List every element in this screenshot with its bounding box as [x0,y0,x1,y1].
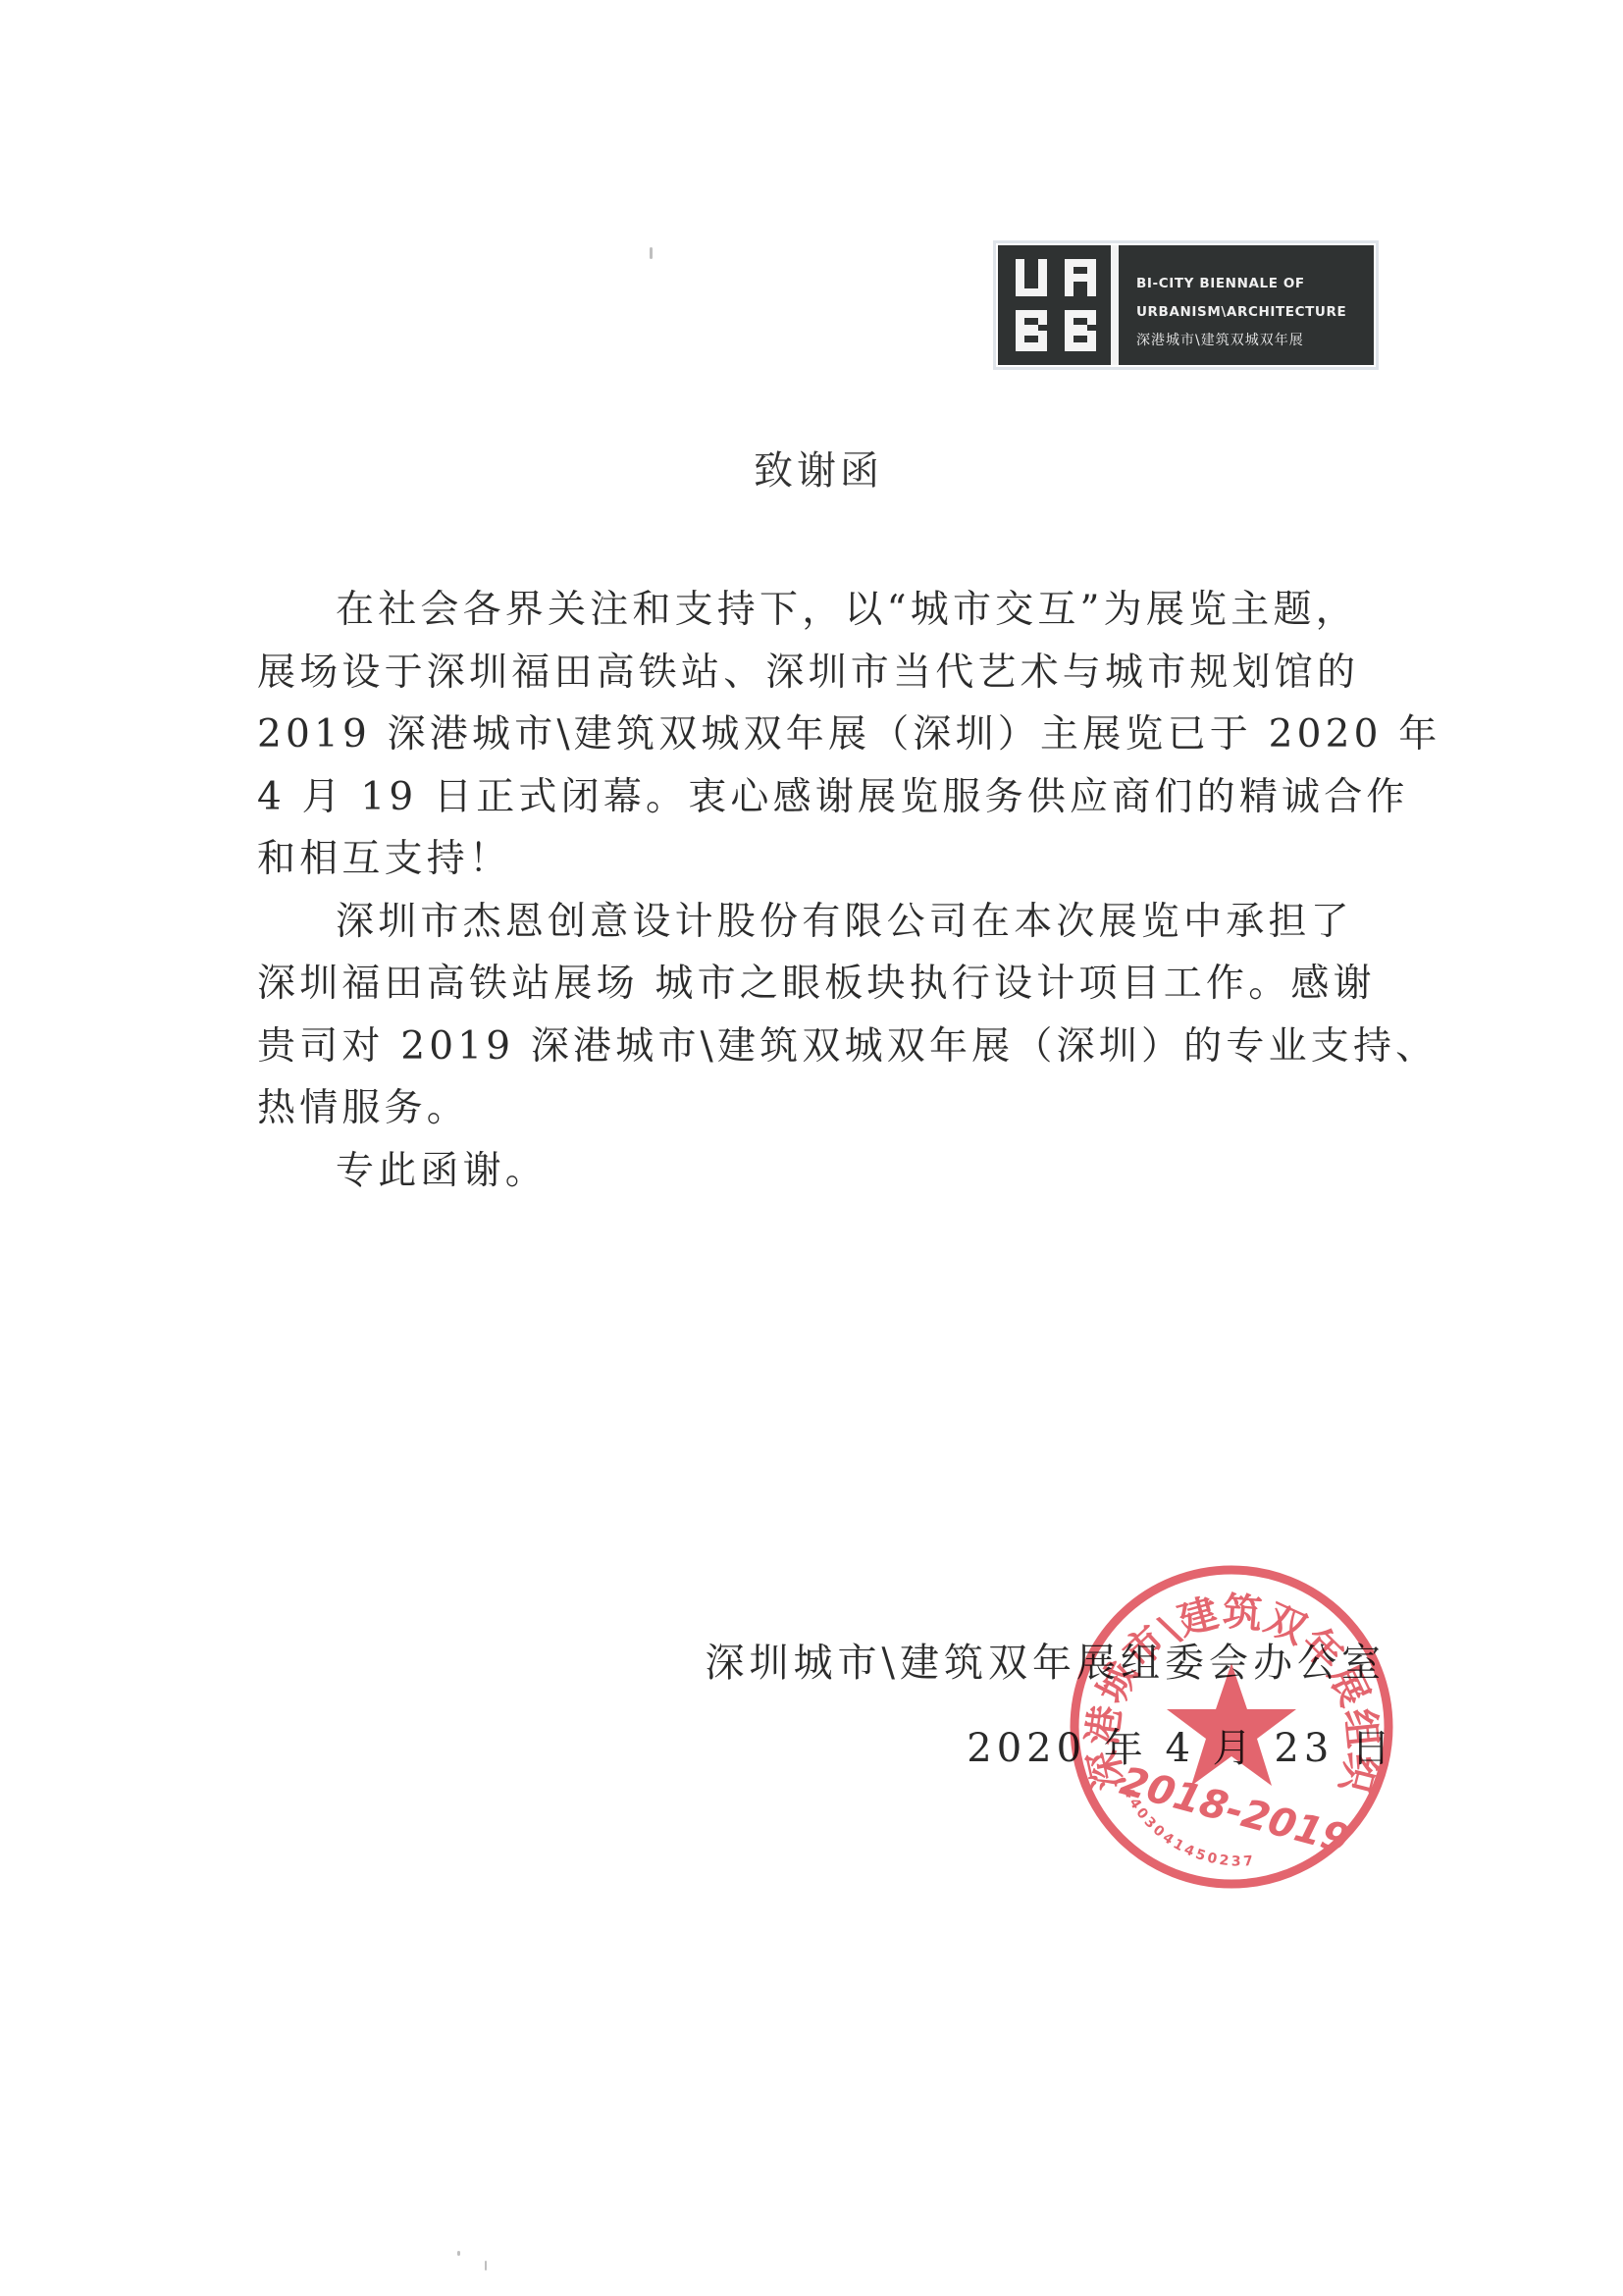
logo-divider [1111,245,1119,365]
letter-title: 致谢函 [0,440,1623,496]
logo-text: BI-CITY BIENNALE OF URBANISM\ARCHITECTUR… [1119,245,1374,365]
seal-outer-text: 深港城市\建筑双年展组织委员会 [1065,1560,1385,1799]
paragraph-line: 2019 深港城市\建筑双城双年展（深圳）主展览已于 2020 年 [257,704,1395,766]
paragraph-line: 深圳福田高铁站展场 城市之眼板块执行设计项目工作。感谢 [257,953,1395,1016]
letter-body: 在社会各界关注和支持下，以“城市交互”为展览主题， 展场设于深圳福田高铁站、深圳… [257,579,1395,1202]
paragraph-line: 和相互支持！ [257,828,1395,891]
paragraph-line: 热情服务。 [257,1077,1395,1140]
uabb-logo-mark [998,245,1111,365]
logo-line-3: 深港城市\建筑双城双年展 [1136,327,1374,355]
letter-page: BI-CITY BIENNALE OF URBANISM\ARCHITECTUR… [0,0,1623,2296]
closing-line: 专此函谢。 [257,1140,1395,1203]
scan-artifact [457,2251,460,2256]
paragraph-line: 4 月 19 日正式闭幕。衷心感谢展览服务供应商们的精诚合作 [257,766,1395,829]
seal-year-text: 2018-2019 [1116,1758,1354,1862]
paragraph-line: 展场设于深圳福田高铁站、深圳市当代艺术与城市规划馆的 [257,642,1395,704]
logo-line-1: BI-CITY BIENNALE OF [1136,270,1374,298]
closing-paragraph: 专此函谢。 [257,1140,1395,1203]
paragraph-line: 贵司对 2019 深港城市\建筑双城双年展（深圳）的专业支持、 [257,1016,1395,1078]
svg-text:深港城市\建筑双年展组织委员会: 深港城市\建筑双年展组织委员会 [1065,1560,1385,1799]
uabb-pixel-glyph-icon [1016,259,1096,351]
uabb-logo: BI-CITY BIENNALE OF URBANISM\ARCHITECTUR… [998,245,1374,365]
paragraph-1: 在社会各界关注和支持下，以“城市交互”为展览主题， 展场设于深圳福田高铁站、深圳… [257,579,1395,891]
official-seal-icon: 深港城市\建筑双年展组织委员会 2018-2019 4403041450237 [1065,1560,1398,1894]
scan-artifact [650,247,653,259]
paragraph-line: 在社会各界关注和支持下，以“城市交互”为展览主题， [257,579,1395,642]
scan-artifact [485,2261,487,2270]
logo-line-2: URBANISM\ARCHITECTURE [1136,298,1374,327]
paragraph-2: 深圳市杰恩创意设计股份有限公司在本次展览中承担了 深圳福田高铁站展场 城市之眼板… [257,891,1395,1140]
paragraph-line: 深圳市杰恩创意设计股份有限公司在本次展览中承担了 [257,891,1395,954]
